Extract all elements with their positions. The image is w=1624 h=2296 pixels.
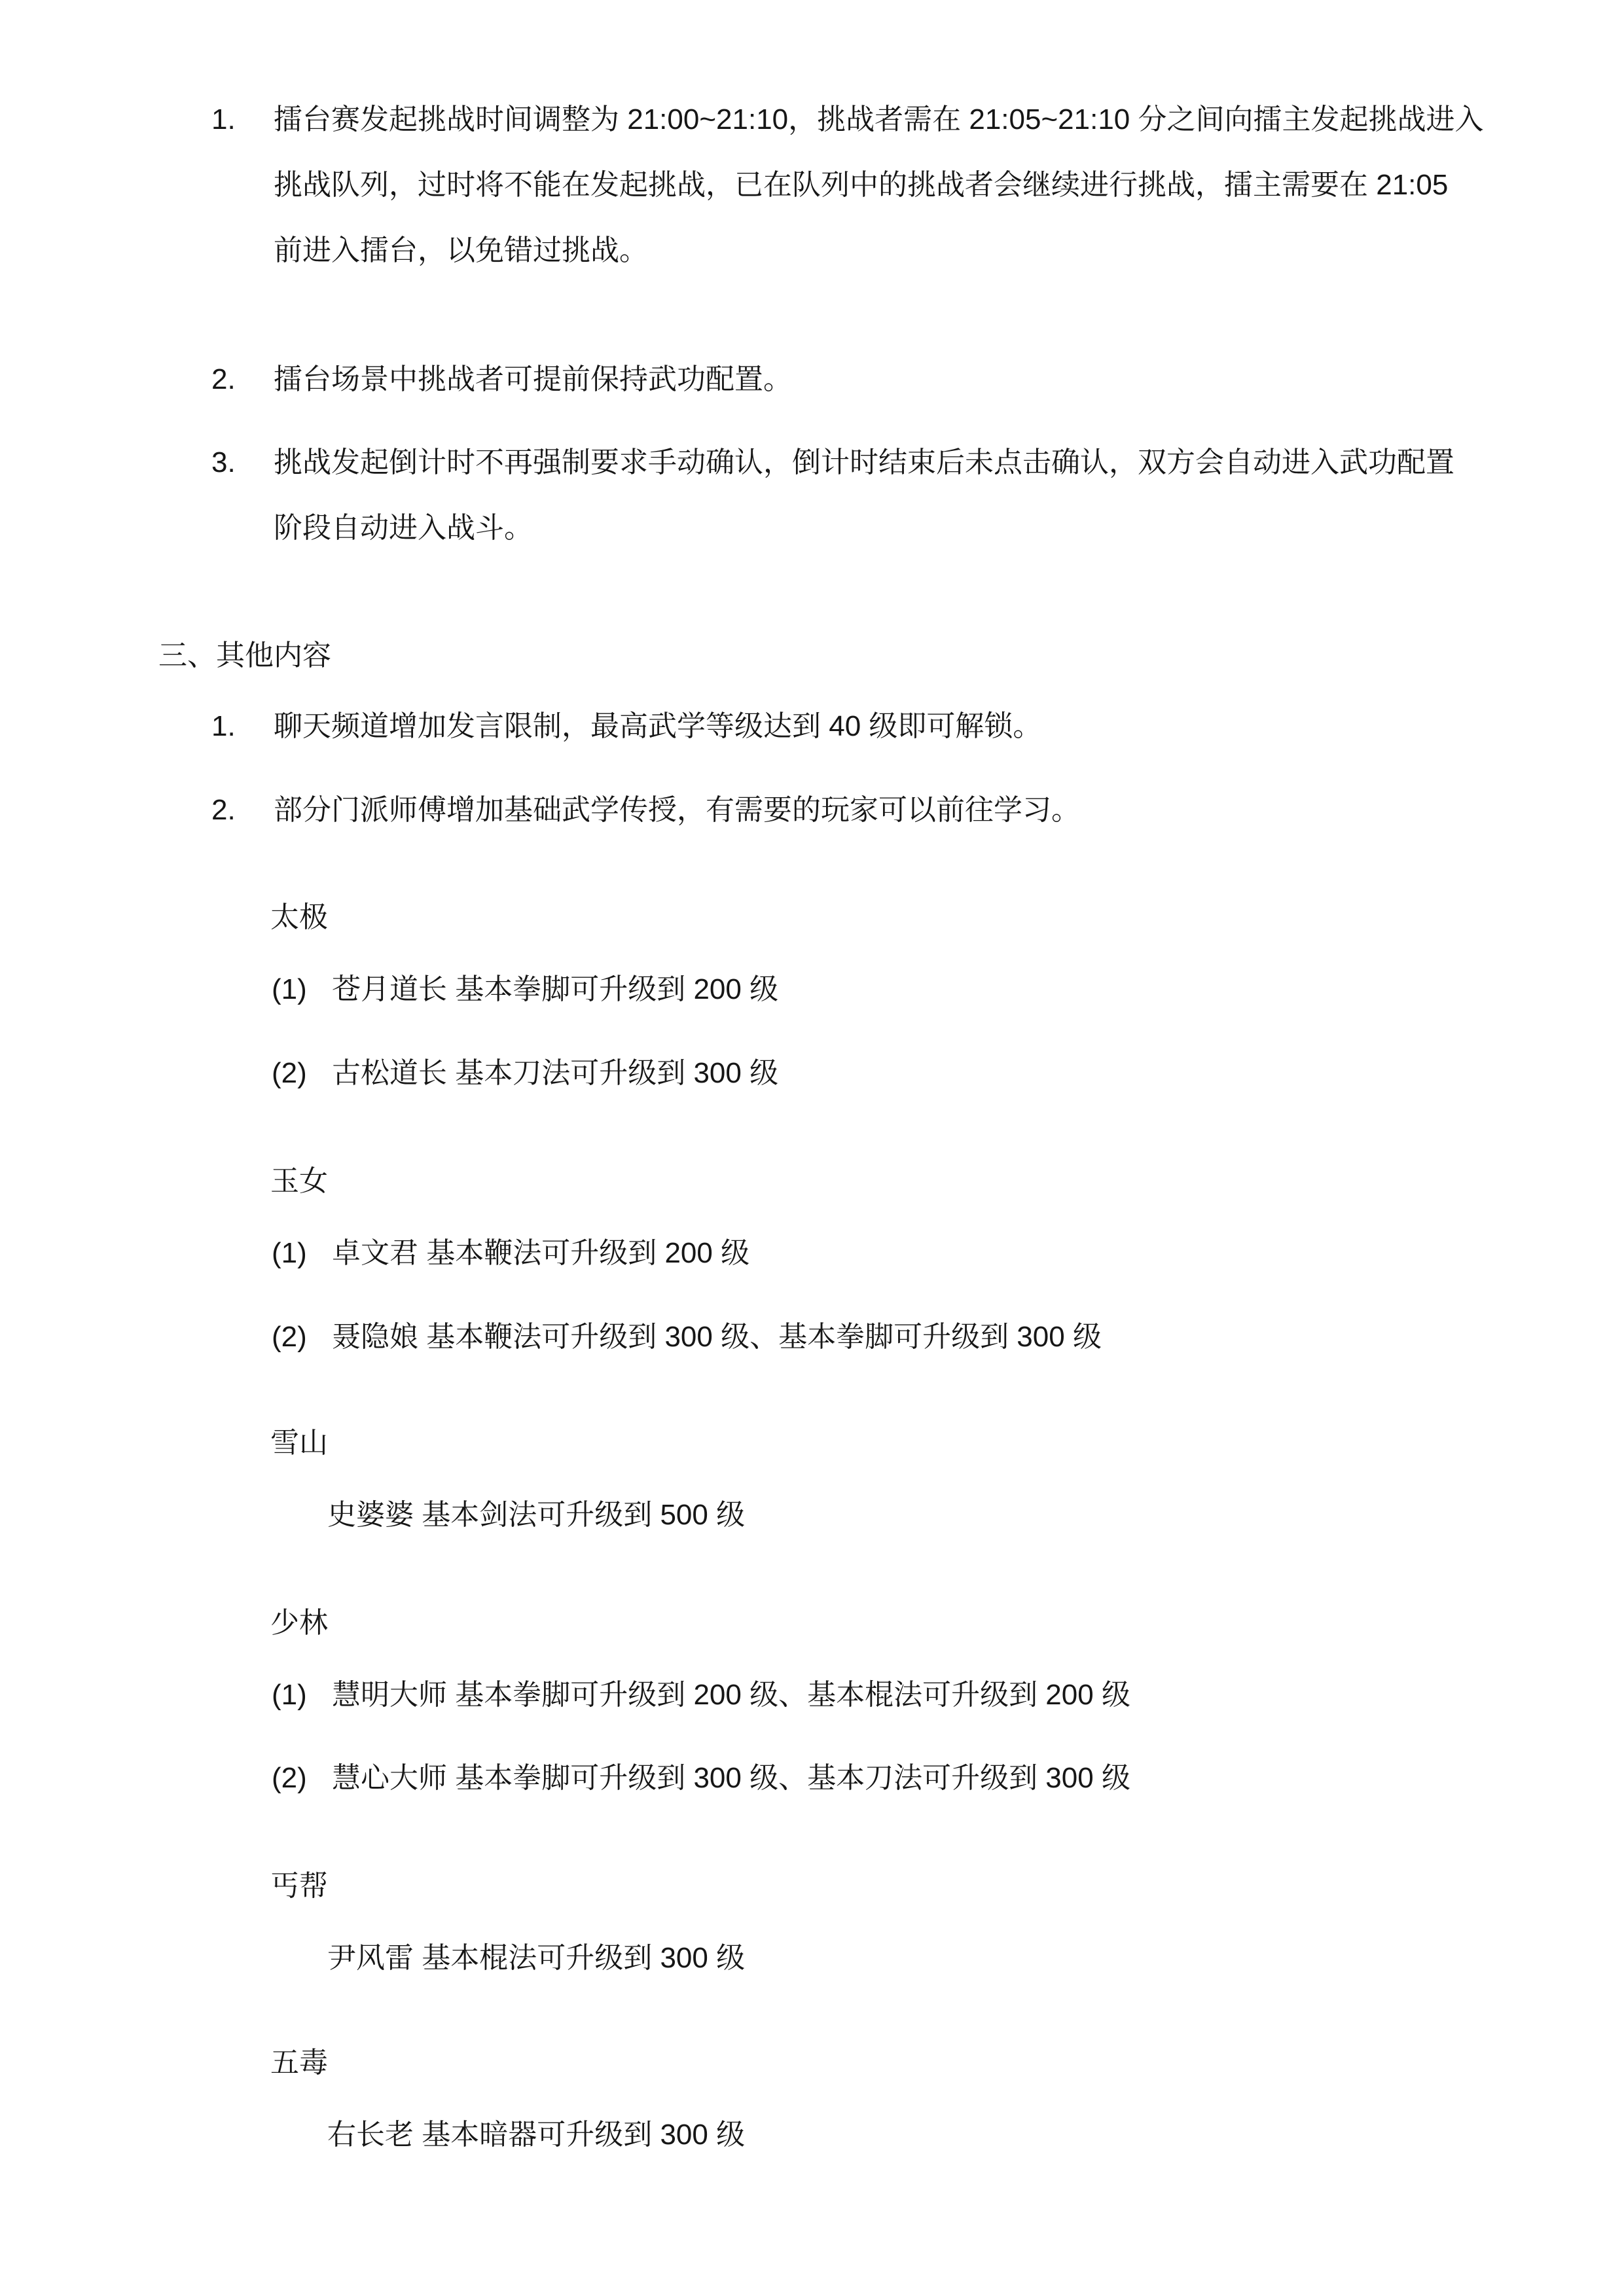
entry-number: (1) (272, 1221, 307, 1286)
school-entry: (2) 慧心大师 基本拳脚可升级到 300 级、基本刀法可升级到 300 级 (332, 1746, 1130, 1811)
list-item-number: 2. (211, 347, 236, 412)
school-heading: 雪山 (270, 1410, 328, 1476)
list-item: 3. 挑战发起倒计时不再强制要求手动确认，倒计时结束后未点击确认，双方会自动进入… (274, 430, 1454, 561)
list-item-text: 聊天频道增加发言限制，最高武学等级达到 40 级即可解锁。 (274, 694, 1041, 759)
entry-text: 卓文君 基本鞭法可升级到 200 级 (332, 1221, 749, 1286)
school-entry: (2) 古松道长 基本刀法可升级到 300 级 (332, 1041, 778, 1106)
list-item-text: 挑战发起倒计时不再强制要求手动确认，倒计时结束后未点击确认，双方会自动进入武功配… (274, 430, 1454, 561)
entry-text: 慧心大师 基本拳脚可升级到 300 级、基本刀法可升级到 300 级 (332, 1746, 1130, 1811)
school-heading: 丐帮 (270, 1854, 328, 1919)
entry-number: (2) (272, 1041, 307, 1106)
list-item: 1. 擂台赛发起挑战时间调整为 21:00~21:10，挑战者需在 21:05~… (274, 87, 1484, 283)
school-entry: (1) 慧明大师 基本拳脚可升级到 200 级、基本棍法可升级到 200 级 (332, 1662, 1130, 1728)
entry-text: 右长老 基本暗器可升级到 300 级 (327, 2102, 745, 2168)
school-entry: 史婆婆 基本剑法可升级到 500 级 (327, 1482, 745, 1548)
school-entry: (1) 卓文君 基本鞭法可升级到 200 级 (332, 1221, 749, 1286)
school-heading: 太极 (270, 885, 328, 950)
school-entry: 右长老 基本暗器可升级到 300 级 (327, 2102, 745, 2168)
list-item-number: 2. (211, 778, 236, 843)
school-heading: 少林 (270, 1590, 328, 1656)
list-item-text: 擂台场景中挑战者可提前保持武功配置。 (274, 347, 792, 412)
school-heading: 五毒 (270, 2030, 328, 2096)
list-item: 1. 聊天频道增加发言限制，最高武学等级达到 40 级即可解锁。 (274, 694, 1041, 759)
entry-number: (2) (272, 1746, 307, 1811)
entry-number: (2) (272, 1304, 307, 1370)
list-item-number: 1. (211, 694, 236, 759)
document-page: 1. 擂台赛发起挑战时间调整为 21:00~21:10，挑战者需在 21:05~… (0, 0, 1624, 2296)
list-item-number: 3. (211, 430, 236, 495)
entry-text: 史婆婆 基本剑法可升级到 500 级 (327, 1482, 745, 1548)
list-item-text: 擂台赛发起挑战时间调整为 21:00~21:10，挑战者需在 21:05~21:… (274, 87, 1484, 283)
section-heading: 三、其他内容 (158, 623, 331, 689)
entry-text: 尹风雷 基本棍法可升级到 300 级 (327, 1926, 745, 1991)
entry-number: (1) (272, 957, 307, 1022)
list-item-number: 1. (211, 87, 236, 152)
list-item: 2. 擂台场景中挑战者可提前保持武功配置。 (274, 347, 792, 412)
school-entry: (2) 聂隐娘 基本鞭法可升级到 300 级、基本拳脚可升级到 300 级 (332, 1304, 1102, 1370)
entry-text: 慧明大师 基本拳脚可升级到 200 级、基本棍法可升级到 200 级 (332, 1662, 1130, 1728)
entry-text: 聂隐娘 基本鞭法可升级到 300 级、基本拳脚可升级到 300 级 (332, 1304, 1102, 1370)
entry-text: 古松道长 基本刀法可升级到 300 级 (332, 1041, 778, 1106)
entry-text: 苍月道长 基本拳脚可升级到 200 级 (332, 957, 778, 1022)
entry-number: (1) (272, 1662, 307, 1728)
school-entry: 尹风雷 基本棍法可升级到 300 级 (327, 1926, 745, 1991)
school-heading: 玉女 (270, 1149, 328, 1214)
list-item-text: 部分门派师傅增加基础武学传授，有需要的玩家可以前往学习。 (274, 778, 1080, 843)
school-entry: (1) 苍月道长 基本拳脚可升级到 200 级 (332, 957, 778, 1022)
list-item: 2. 部分门派师傅增加基础武学传授，有需要的玩家可以前往学习。 (274, 778, 1080, 843)
